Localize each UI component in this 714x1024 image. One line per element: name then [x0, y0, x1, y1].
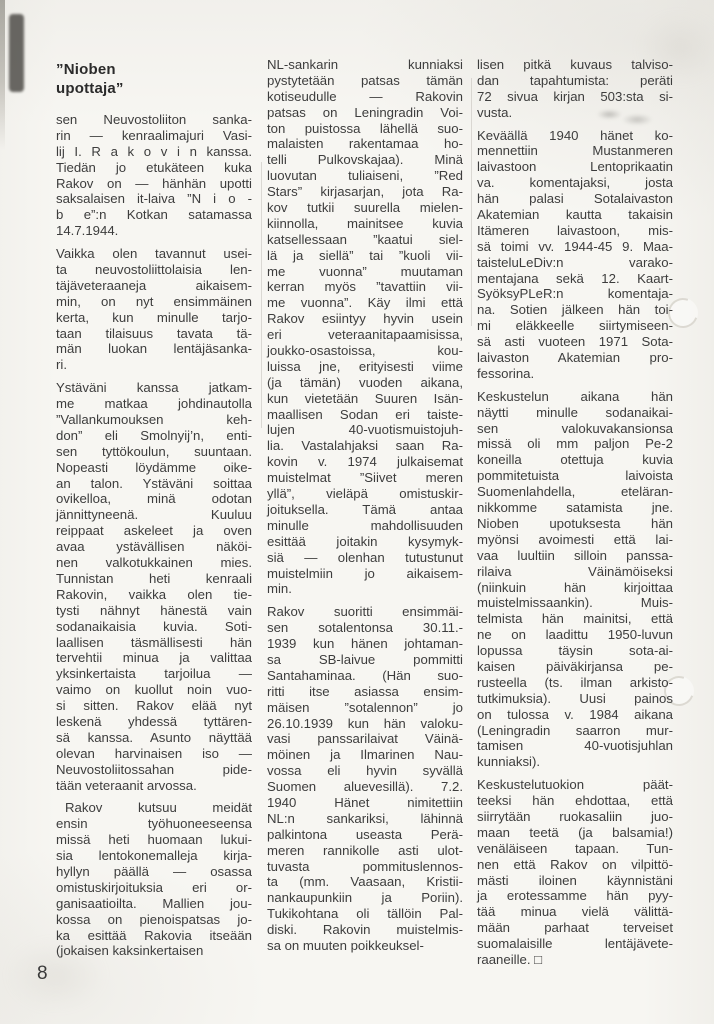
text-line: sia lentokonemalleja kirja- — [56, 848, 252, 864]
text-line: näytti minulle sodanaikai- — [477, 405, 673, 421]
text-line: taisteluLeDiv:n varako- — [477, 255, 673, 271]
text-line: sä asti vuoteen 1971 Sota- — [477, 334, 673, 350]
text-line: Stars” kirjasarjan, jota Ra- — [267, 184, 463, 200]
article-column-3: lisen pitkä kuvaus talviso-dan tapahtumi… — [477, 57, 673, 975]
text-line: eri veteraanitapaamisissa, — [267, 327, 463, 343]
text-line: mästi iloinen käynnistäni — [477, 873, 673, 889]
column-rule-left — [261, 162, 262, 428]
text-line: män luokan lentäjäsanka- — [56, 341, 252, 357]
text-line: yllä”, vieläpä omistuskir- — [267, 486, 463, 502]
text-line: va. komentajaksi, josta — [477, 175, 673, 191]
text-line: ja erotessamme hän pyy- — [477, 888, 673, 904]
article-title: ”Nioben upottaja” — [56, 60, 252, 98]
text-line: vossa eli hyvin syvällä — [267, 763, 463, 779]
text-line: Keskustelutuokion päät- — [477, 777, 673, 793]
text-line: maallisen Sodan eri taiste- — [267, 407, 463, 423]
article-title-line: ”Nioben — [56, 60, 252, 79]
text-line: minulle mahdollisuuden — [267, 518, 463, 534]
article-title-line: upottaja” — [56, 79, 252, 98]
text-line: lujen 40-vuotismuistojuh- — [267, 422, 463, 438]
paragraph: Keskustelun aikana hännäytti minulle sod… — [477, 389, 673, 770]
text-line: Itämeren laivastoon, mis- — [477, 223, 673, 239]
text-line: saksalaisen it-laiva ”N i o - — [56, 191, 252, 207]
text-line: fessorina. — [477, 366, 673, 382]
paragraph: Rakov kutsuu meidätensin työhuoneeseensa… — [56, 800, 252, 959]
text-line: sen tyttökoulun, suuntaan. — [56, 444, 252, 460]
text-line: Tunnistan heti kenraali — [56, 571, 252, 587]
text-line: laivastoon Lentoprikaatin — [477, 159, 673, 175]
text-line: tää minua vielä välittä- — [477, 904, 673, 920]
text-line: Suomenlahdella, eteläran- — [477, 484, 673, 500]
text-line: nen valkotukkainen mies. — [56, 555, 252, 571]
text-line: ne on laadittu 1950-luvun — [477, 627, 673, 643]
text-line: esittää joitakin kysymyk- — [267, 534, 463, 550]
text-line: möinen ja Ilmarinen Nau- — [267, 747, 463, 763]
text-line: don” eli Smolnyij’n, enti- — [56, 428, 252, 444]
text-line: ta neuvostoliittolaisia len- — [56, 262, 252, 278]
text-line: 1939 kun hänen johtaman- — [267, 636, 463, 652]
text-line: SyöksyPLeR:n komentaja- — [477, 286, 673, 302]
text-line: joituksella. Tämä antaa — [267, 502, 463, 518]
text-line: Akatemian kautta takaisin — [477, 207, 673, 223]
text-line: suomalaisille lentäjävete- — [477, 936, 673, 952]
text-line: an talon. Ystäväni soittaa — [56, 476, 252, 492]
text-line: meren rannikolle asti ulot- — [267, 843, 463, 859]
text-line: nankaupunkiin ja Poriin). — [267, 890, 463, 906]
text-line: Tukikohtana oli tällöin Pal- — [267, 906, 463, 922]
text-line: teeksi hän ehdottaa, että — [477, 793, 673, 809]
text-line: rin — kenraalimajuri Vasi- — [56, 128, 252, 144]
text-line: na. Sotien jälkeen hän toi- — [477, 302, 673, 318]
paragraph: Rakov suoritti ensimmäi-sen sotalentonsa… — [267, 604, 463, 954]
text-line: raaneille. □ — [477, 952, 673, 968]
text-line: Rakov kutsuu meidät — [56, 800, 252, 816]
text-line: yksinkertaista tarjoilua — — [56, 666, 252, 682]
paragraph: NL-sankarin kunniaksipystytetään patsas … — [267, 57, 463, 597]
text-line: tervehtii minua ja valittaa — [56, 650, 252, 666]
text-line: 26.10.1939 kun hän valoku- — [267, 716, 463, 732]
text-line: omistuskirjoituksia eri or- — [56, 880, 252, 896]
text-line: tutkimuksia). Uusi painos — [477, 691, 673, 707]
text-line: ganisaatioilta. Mallien jou- — [56, 896, 252, 912]
text-line: missä heti huomaan lukui- — [56, 832, 252, 848]
page-number: 8 — [37, 963, 48, 985]
text-line: laivaston Akatemian pro- — [477, 350, 673, 366]
text-line: lopussa täysin sota-ai- — [477, 643, 673, 659]
text-line: (jokaisen kaksinkertaisen — [56, 943, 252, 959]
text-line: malaisten rakentamaa ho- — [267, 136, 463, 152]
text-line: ensin työhuoneeseensa — [56, 816, 252, 832]
text-line: venäläiseen tapaan. Tun- — [477, 841, 673, 857]
text-line: sa SB-laivue pommitti — [267, 652, 463, 668]
text-line: Keväällä 1940 hänet ko- — [477, 128, 673, 144]
text-line: me vuonna”. Käy ilmi että — [267, 295, 463, 311]
text-line: Ystäväni kanssa jatkam- — [56, 380, 252, 396]
text-line: nen että Rakov on vilpittö- — [477, 857, 673, 873]
text-line: muistelmat ”Siivet meren — [267, 470, 463, 486]
text-line: reippaat askeleet ja oven — [56, 523, 252, 539]
text-line: luissa jne, erityisesti viime — [267, 359, 463, 375]
text-line: leskenä yhdessä tyttären- — [56, 714, 252, 730]
text-line: ton puistossa lähellä suo- — [267, 121, 463, 137]
text-line: Rakovin, vaikka olen tie- — [56, 587, 252, 603]
text-line: vusta. — [477, 105, 673, 121]
text-line: b e”:n Kotkan satamassa — [56, 207, 252, 223]
text-line: olevan harvinaisen iso — — [56, 746, 252, 762]
scan-edge-shadow — [0, 0, 5, 150]
text-line: katsellessaan ”kaatui siel- — [267, 232, 463, 248]
text-line: sa on muuten poikkeuksel- — [267, 938, 463, 954]
text-line: mäisen ”sotalennon” jo — [267, 700, 463, 716]
text-line: telmista hän mainitsi, että — [477, 611, 673, 627]
text-line: telli Pulkovskajaa). Minä — [267, 152, 463, 168]
text-line: NL-sankarin kunniaksi — [267, 57, 463, 73]
text-line: Keskustelun aikana hän — [477, 389, 673, 405]
text-line: mennettiin Mustanmeren — [477, 143, 673, 159]
text-line: pystytetään patsas tämän — [267, 73, 463, 89]
text-line: mään parhaat terveiset — [477, 920, 673, 936]
text-line: kotiseudulle — Rakovin — [267, 89, 463, 105]
text-line: tamisen 40-vuotisjuhlan — [477, 738, 673, 754]
scan-corner-smudge — [9, 14, 24, 92]
text-line: min, on nyt ensimmäinen — [56, 294, 252, 310]
text-line: hän palasi Sotalaivaston — [477, 191, 673, 207]
text-line: diski. Rakovin muistelmis- — [267, 922, 463, 938]
text-line: (Leningradin saarron mur- — [477, 723, 673, 739]
text-line: lia. Vastalahjaksi saan Ra- — [267, 438, 463, 454]
text-line: palkintona useasta Perä- — [267, 827, 463, 843]
text-line: kunniaksi). — [477, 754, 673, 770]
text-line: kossa on pienoispatsas jo- — [56, 912, 252, 928]
text-line: Rakov on — hänhän upotti — [56, 176, 252, 192]
paragraph: Vaikka olen tavannut usei-ta neuvostolii… — [56, 246, 252, 373]
text-line: ovikelloa, minä odotan — [56, 491, 252, 507]
text-line: taan tilaisuus tavata tä- — [56, 326, 252, 342]
text-line: ritti itse asiassa ensim- — [267, 684, 463, 700]
text-line: 72 sivua kirjan 503:sta si- — [477, 89, 673, 105]
text-line: patsas on Leningradin Voi- — [267, 105, 463, 121]
text-line: sä kanssa. Asunto näyttää — [56, 730, 252, 746]
text-line: ”Vallankumouksen keh- — [56, 412, 252, 428]
text-line: vaimo on kuollut noin vuo- — [56, 682, 252, 698]
text-line: avaa ystävällisen näköi- — [56, 539, 252, 555]
text-line: vaa luultiin silloin panssa- — [477, 548, 673, 564]
text-line: kaisen päiväkirjansa pe- — [477, 659, 673, 675]
text-line: kun vietetään Suuren Isän- — [267, 391, 463, 407]
text-line: sen Neuvostoliiton sanka- — [56, 112, 252, 128]
text-line: vasi panssarilaivat Väinä- — [267, 731, 463, 747]
text-line: siä — olenhan tutustunut — [267, 550, 463, 566]
text-line: mi eläkkeelle siirtymiseen- — [477, 318, 673, 334]
text-line: lä ja siellä” tai ”kuoli vii- — [267, 248, 463, 264]
text-line: maan teetä (ja balsamia!) — [477, 825, 673, 841]
text-line: Suomen aluevesillä). 7.2. — [267, 779, 463, 795]
text-line: hyllyn päällä — osassa — [56, 864, 252, 880]
text-line: sen valokuvakansionsa — [477, 421, 673, 437]
text-line: kov tutkii suurella mielen- — [267, 200, 463, 216]
paragraph: Keskustelutuokion päät-teeksi hän ehdott… — [477, 777, 673, 968]
paragraph: Ystäväni kanssa jatkam-me matkaa johdina… — [56, 380, 252, 793]
text-line: kiinnolla, mainitsee kuvia — [267, 216, 463, 232]
text-line: Rakov esiintyy hyvin usein — [267, 311, 463, 327]
text-line: koneilla otettuja kuvia — [477, 452, 673, 468]
text-line: Vaikka olen tavannut usei- — [56, 246, 252, 262]
text-line: sodanaikaisia kuvia. Soti- — [56, 619, 252, 635]
text-line: min. — [267, 581, 463, 597]
text-line: me vuonna” muutaman — [267, 264, 463, 280]
paragraph: sen Neuvostoliiton sanka-rin — kenraalim… — [56, 112, 252, 239]
text-line: Neuvostoliitossahan pide- — [56, 762, 252, 778]
text-line: missä oli mm paljon Pe-2 — [477, 436, 673, 452]
text-line: tysti nähnyt hänestä vain — [56, 603, 252, 619]
text-line: ta (mm. Vaasaan, Kristii- — [267, 874, 463, 890]
text-line: muistelmissaankin). Muis- — [477, 595, 673, 611]
text-line: rilaiva Väinämöiseksi — [477, 564, 673, 580]
text-line: täjäveteraaneja aikaisem- — [56, 278, 252, 294]
text-line: kovin v. 1974 julkaisemat — [267, 454, 463, 470]
text-line: kerran myös ”tavattiin vii- — [267, 279, 463, 295]
text-line: Nioben upotuksesta hän — [477, 516, 673, 532]
article-column-1: ”Nioben upottaja” sen Neuvostoliiton san… — [56, 60, 252, 966]
text-line: Tiedän jo etukäteen kuka — [56, 160, 252, 176]
text-line: tään veteraanit arvossa. — [56, 778, 252, 794]
text-line: Santahaminaa. (Hän suo- — [267, 668, 463, 684]
text-line: si sitten. Rakov elää nyt — [56, 698, 252, 714]
article-column-2: NL-sankarin kunniaksipystytetään patsas … — [267, 57, 463, 961]
text-line: tuvasta pommituslennos- — [267, 859, 463, 875]
text-line: laallisen täsmällisesti hän — [56, 635, 252, 651]
text-line: sen sotalentonsa 30.11.- — [267, 620, 463, 636]
text-line: luovutan tuliaiseni, ”Red — [267, 168, 463, 184]
text-line: (niinkuin hän kirjoittaa — [477, 580, 673, 596]
text-line: myönsi avoimesti että lai- — [477, 532, 673, 548]
text-line: NL:n sankariksi, lähinnä — [267, 811, 463, 827]
text-line: lij I. R a k o v i n kanssa. — [56, 144, 252, 160]
paragraph: Keväällä 1940 hänet ko-mennettiin Mustan… — [477, 128, 673, 382]
text-line: dan tapahtumista: peräti — [477, 73, 673, 89]
text-line: Nopeasti löydämme oike- — [56, 460, 252, 476]
text-line: nikkomme satamista jne. — [477, 500, 673, 516]
text-line: me matkaa johdinautolla — [56, 396, 252, 412]
text-line: on tulossa v. 1984 aikana — [477, 707, 673, 723]
text-line: lisen pitkä kuvaus talviso- — [477, 57, 673, 73]
text-line: sä toimi vv. 1944-45 9. Maa- — [477, 239, 673, 255]
text-line: siirrytään ruokasaliin juo- — [477, 809, 673, 825]
text-line: kerta, kun minulle tarjo- — [56, 310, 252, 326]
column-rule-right — [471, 78, 472, 326]
paragraph: lisen pitkä kuvaus talviso-dan tapahtumi… — [477, 57, 673, 121]
text-line: rusteella (ts. ilman arkisto- — [477, 675, 673, 691]
text-line: Rakov suoritti ensimmäi- — [267, 604, 463, 620]
text-line: mentajana sekä 12. Kaart- — [477, 271, 673, 287]
text-line: muistelmiin jo aikaisem- — [267, 566, 463, 582]
text-line: joukko-osastoissa, kou- — [267, 343, 463, 359]
text-line: 1940 Hänet nimitettiin — [267, 795, 463, 811]
text-line: (ja tämän) vuoden aikana, — [267, 375, 463, 391]
text-line: jännittyneenä. Kuuluu — [56, 507, 252, 523]
text-line: ka esittää Rakovia itseään — [56, 928, 252, 944]
text-line: ri. — [56, 357, 252, 373]
text-line: 14.7.1944. — [56, 223, 252, 239]
text-line: pommitetuista laivoista — [477, 468, 673, 484]
